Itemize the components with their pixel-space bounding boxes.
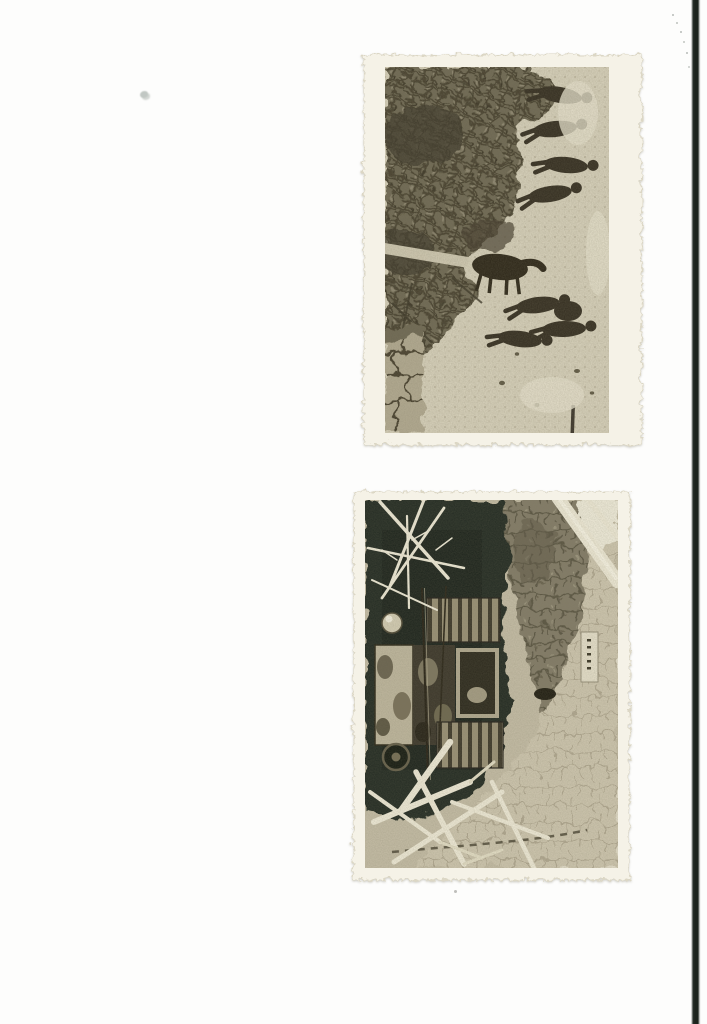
photo-1-image — [374, 67, 610, 433]
dust-speck — [454, 890, 457, 893]
dust-speckles — [672, 14, 674, 16]
photo1-film-grain — [385, 67, 609, 433]
scanner-edge-strip — [691, 0, 701, 1024]
photo2-film-grain — [365, 500, 618, 868]
scanned-album-page — [0, 0, 707, 1024]
photo-1 — [354, 45, 648, 451]
photo-2 — [344, 482, 636, 886]
photo-2-print — [344, 482, 636, 886]
photo-2-image — [365, 498, 622, 868]
photo-1-print — [354, 45, 648, 451]
smudge-mark — [140, 91, 148, 98]
